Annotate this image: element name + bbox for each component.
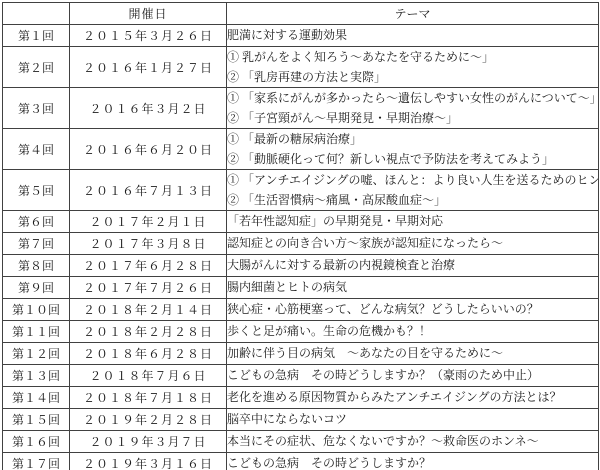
theme-line: ② 「乳房再建の方法と実際」 [227, 67, 598, 87]
table-row: 第１２回２０１８年６月２８日加齢に伴う目の病気 ～あなたの目を守るために～ [3, 343, 599, 365]
date-cell: ２０１８年２月１４日 [70, 299, 227, 321]
table-row: 第１７回２０１９年３月１６日こどもの急病 その時どうしますか？ [3, 453, 599, 470]
theme-line: 歩くと足が痛い。生命の危機かも？！ [227, 321, 598, 342]
session-number-cell: 第６回 [3, 211, 70, 233]
session-number-cell: 第１３回 [3, 365, 70, 387]
theme-cell: 肥満に対する運動効果 [227, 25, 599, 47]
session-number-cell: 第７回 [3, 233, 70, 255]
theme-line: 老化を進める原因物質からみたアンチエイジングの方法とは？ [227, 387, 598, 408]
theme-line: 脳卒中にならないコツ [227, 409, 598, 430]
date-cell: ２０１８年７月１８日 [70, 387, 227, 409]
date-cell: ２０１５年３月２６日 [70, 25, 227, 47]
theme-line: こどもの急病 その時どうしますか？ [227, 453, 598, 470]
session-number-cell: 第１６回 [3, 431, 70, 453]
table-row: 第１０回２０１８年２月１４日狭心症・心筋梗塞って、どんな病気？どうしたらいいの？ [3, 299, 599, 321]
date-cell: ２０１６年６月２０日 [70, 129, 227, 170]
theme-cell: ① 「最新の糖尿病治療」② 「動脈硬化って何？新しい視点で予防法を考えてみよう」 [227, 129, 599, 170]
theme-cell: 大腸がんに対する最新の内視鏡検査と治療 [227, 255, 599, 277]
session-number-cell: 第２回 [3, 47, 70, 88]
col-header-date: 開催日 [70, 3, 227, 25]
table-row: 第１４回２０１８年７月１８日老化を進める原因物質からみたアンチエイジングの方法と… [3, 387, 599, 409]
theme-cell: ① 「アンチエイジングの嘘、ほんと：より良い人生を送るためのヒント」② 「生活習… [227, 170, 599, 211]
theme-cell: 脳卒中にならないコツ [227, 409, 599, 431]
session-number-cell: 第８回 [3, 255, 70, 277]
session-number-cell: 第１７回 [3, 453, 70, 470]
date-cell: ２０１９年２月２８日 [70, 409, 227, 431]
theme-line: 大腸がんに対する最新の内視鏡検査と治療 [227, 255, 598, 276]
theme-cell: 「若年性認知症」の早期発見・早期対応 [227, 211, 599, 233]
theme-cell: 腸内細菌とヒトの病気 [227, 277, 599, 299]
session-number-cell: 第９回 [3, 277, 70, 299]
table-row: 第１３回２０１８年７月６日こどもの急病 その時どうしますか？（豪雨のため中止） [3, 365, 599, 387]
theme-cell: 本当にその症状、危なくないですか？～救命医のホンネ～ [227, 431, 599, 453]
session-number-cell: 第１５回 [3, 409, 70, 431]
theme-cell: 歩くと足が痛い。生命の危機かも？！ [227, 321, 599, 343]
theme-cell: 老化を進める原因物質からみたアンチエイジングの方法とは？ [227, 387, 599, 409]
date-cell: ２０１７年３月８日 [70, 233, 227, 255]
theme-line: ② 「子宮頸がん～早期発見・早期治療～」 [227, 108, 598, 128]
theme-line: ① 乳がんをよく知ろう～あなたを守るために～」 [227, 47, 598, 67]
session-number-cell: 第３回 [3, 88, 70, 129]
theme-line: ① 「最新の糖尿病治療」 [227, 129, 598, 149]
theme-line: ① 「家系にがんが多かったら～遺伝しやすい女性のがんについて～」 [227, 88, 598, 108]
col-header-session [3, 3, 70, 25]
table-row: 第１６回２０１９年３月７日本当にその症状、危なくないですか？～救命医のホンネ～ [3, 431, 599, 453]
table-row: 第１１回２０１８年２月２８日歩くと足が痛い。生命の危機かも？！ [3, 321, 599, 343]
col-header-theme: テーマ [227, 3, 599, 25]
date-cell: ２０１６年７月１３日 [70, 170, 227, 211]
date-cell: ２０１７年７月２６日 [70, 277, 227, 299]
theme-cell: こどもの急病 その時どうしますか？（豪雨のため中止） [227, 365, 599, 387]
date-cell: ２０１７年６月２８日 [70, 255, 227, 277]
session-number-cell: 第１回 [3, 25, 70, 47]
theme-line: 本当にその症状、危なくないですか？～救命医のホンネ～ [227, 431, 598, 452]
session-number-cell: 第１４回 [3, 387, 70, 409]
theme-cell: 狭心症・心筋梗塞って、どんな病気？どうしたらいいの？ [227, 299, 599, 321]
theme-line: 認知症との向き合い方～家族が認知症になったら～ [227, 233, 598, 254]
date-cell: ２０１６年３月２日 [70, 88, 227, 129]
table-row: 第３回２０１６年３月２日① 「家系にがんが多かったら～遺伝しやすい女性のがんにつ… [3, 88, 599, 129]
table-row: 第２回２０１６年１月２７日① 乳がんをよく知ろう～あなたを守るために～」② 「乳… [3, 47, 599, 88]
theme-cell: ① 乳がんをよく知ろう～あなたを守るために～」② 「乳房再建の方法と実際」 [227, 47, 599, 88]
theme-cell: 加齢に伴う目の病気 ～あなたの目を守るために～ [227, 343, 599, 365]
theme-line: 加齢に伴う目の病気 ～あなたの目を守るために～ [227, 343, 598, 364]
theme-line: 肥満に対する運動効果 [227, 25, 598, 46]
table-row: 第６回２０１７年２月１日「若年性認知症」の早期発見・早期対応 [3, 211, 599, 233]
theme-cell: ① 「家系にがんが多かったら～遺伝しやすい女性のがんについて～」② 「子宮頸がん… [227, 88, 599, 129]
date-cell: ２０１６年１月２７日 [70, 47, 227, 88]
session-number-cell: 第１２回 [3, 343, 70, 365]
table-row: 第４回２０１６年６月２０日① 「最新の糖尿病治療」② 「動脈硬化って何？新しい視… [3, 129, 599, 170]
seminar-table-body: 第１回２０１５年３月２６日肥満に対する運動効果第２回２０１６年１月２７日① 乳が… [3, 25, 599, 470]
page: 開催日 テーマ 第１回２０１５年３月２６日肥満に対する運動効果第２回２０１６年１… [0, 0, 600, 470]
theme-line: 「若年性認知症」の早期発見・早期対応 [227, 211, 598, 232]
table-row: 第５回２０１６年７月１３日① 「アンチエイジングの嘘、ほんと：より良い人生を送る… [3, 170, 599, 211]
theme-line: ① 「アンチエイジングの嘘、ほんと：より良い人生を送るためのヒント」 [227, 170, 598, 190]
date-cell: ２０１７年２月１日 [70, 211, 227, 233]
session-number-cell: 第１１回 [3, 321, 70, 343]
table-row: 第７回２０１７年３月８日認知症との向き合い方～家族が認知症になったら～ [3, 233, 599, 255]
seminar-schedule-table: 開催日 テーマ 第１回２０１５年３月２６日肥満に対する運動効果第２回２０１６年１… [2, 2, 599, 470]
session-number-cell: 第５回 [3, 170, 70, 211]
header-row: 開催日 テーマ [3, 3, 599, 25]
date-cell: ２０１９年３月１６日 [70, 453, 227, 470]
theme-line: ② 「動脈硬化って何？新しい視点で予防法を考えてみよう」 [227, 149, 598, 169]
theme-line: 腸内細菌とヒトの病気 [227, 277, 598, 298]
theme-line: 狭心症・心筋梗塞って、どんな病気？どうしたらいいの？ [227, 299, 598, 320]
theme-line: こどもの急病 その時どうしますか？（豪雨のため中止） [227, 365, 598, 386]
theme-cell: 認知症との向き合い方～家族が認知症になったら～ [227, 233, 599, 255]
session-number-cell: 第１０回 [3, 299, 70, 321]
session-number-cell: 第４回 [3, 129, 70, 170]
theme-line: ② 「生活習慣病～痛風・高尿酸血症～」 [227, 190, 598, 210]
table-row: 第８回２０１７年６月２８日大腸がんに対する最新の内視鏡検査と治療 [3, 255, 599, 277]
date-cell: ２０１８年６月２８日 [70, 343, 227, 365]
date-cell: ２０１９年３月７日 [70, 431, 227, 453]
table-row: 第１５回２０１９年２月２８日脳卒中にならないコツ [3, 409, 599, 431]
date-cell: ２０１８年７月６日 [70, 365, 227, 387]
table-row: 第９回２０１７年７月２６日腸内細菌とヒトの病気 [3, 277, 599, 299]
date-cell: ２０１８年２月２８日 [70, 321, 227, 343]
table-row: 第１回２０１５年３月２６日肥満に対する運動効果 [3, 25, 599, 47]
theme-cell: こどもの急病 その時どうしますか？ [227, 453, 599, 470]
